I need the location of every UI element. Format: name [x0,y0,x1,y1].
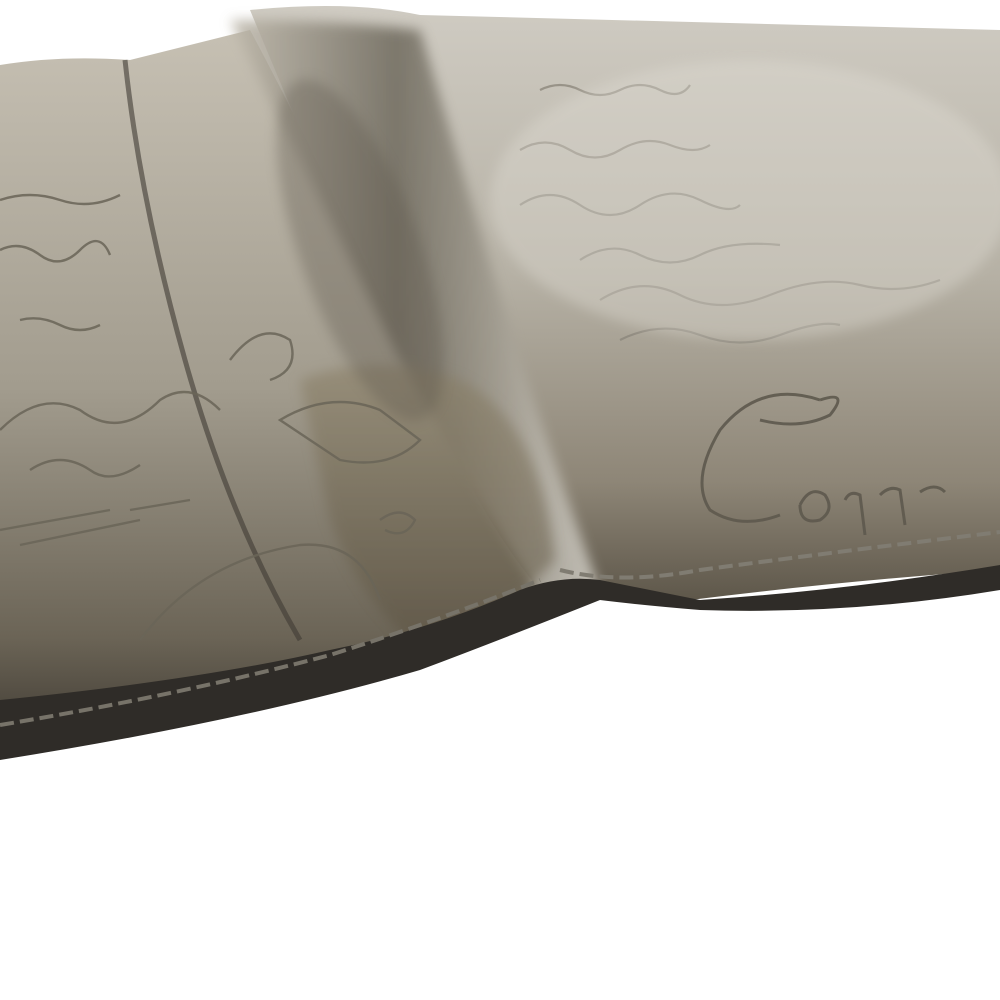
wallet-illustration [0,0,1000,1000]
wallet-photo [0,0,1000,1000]
